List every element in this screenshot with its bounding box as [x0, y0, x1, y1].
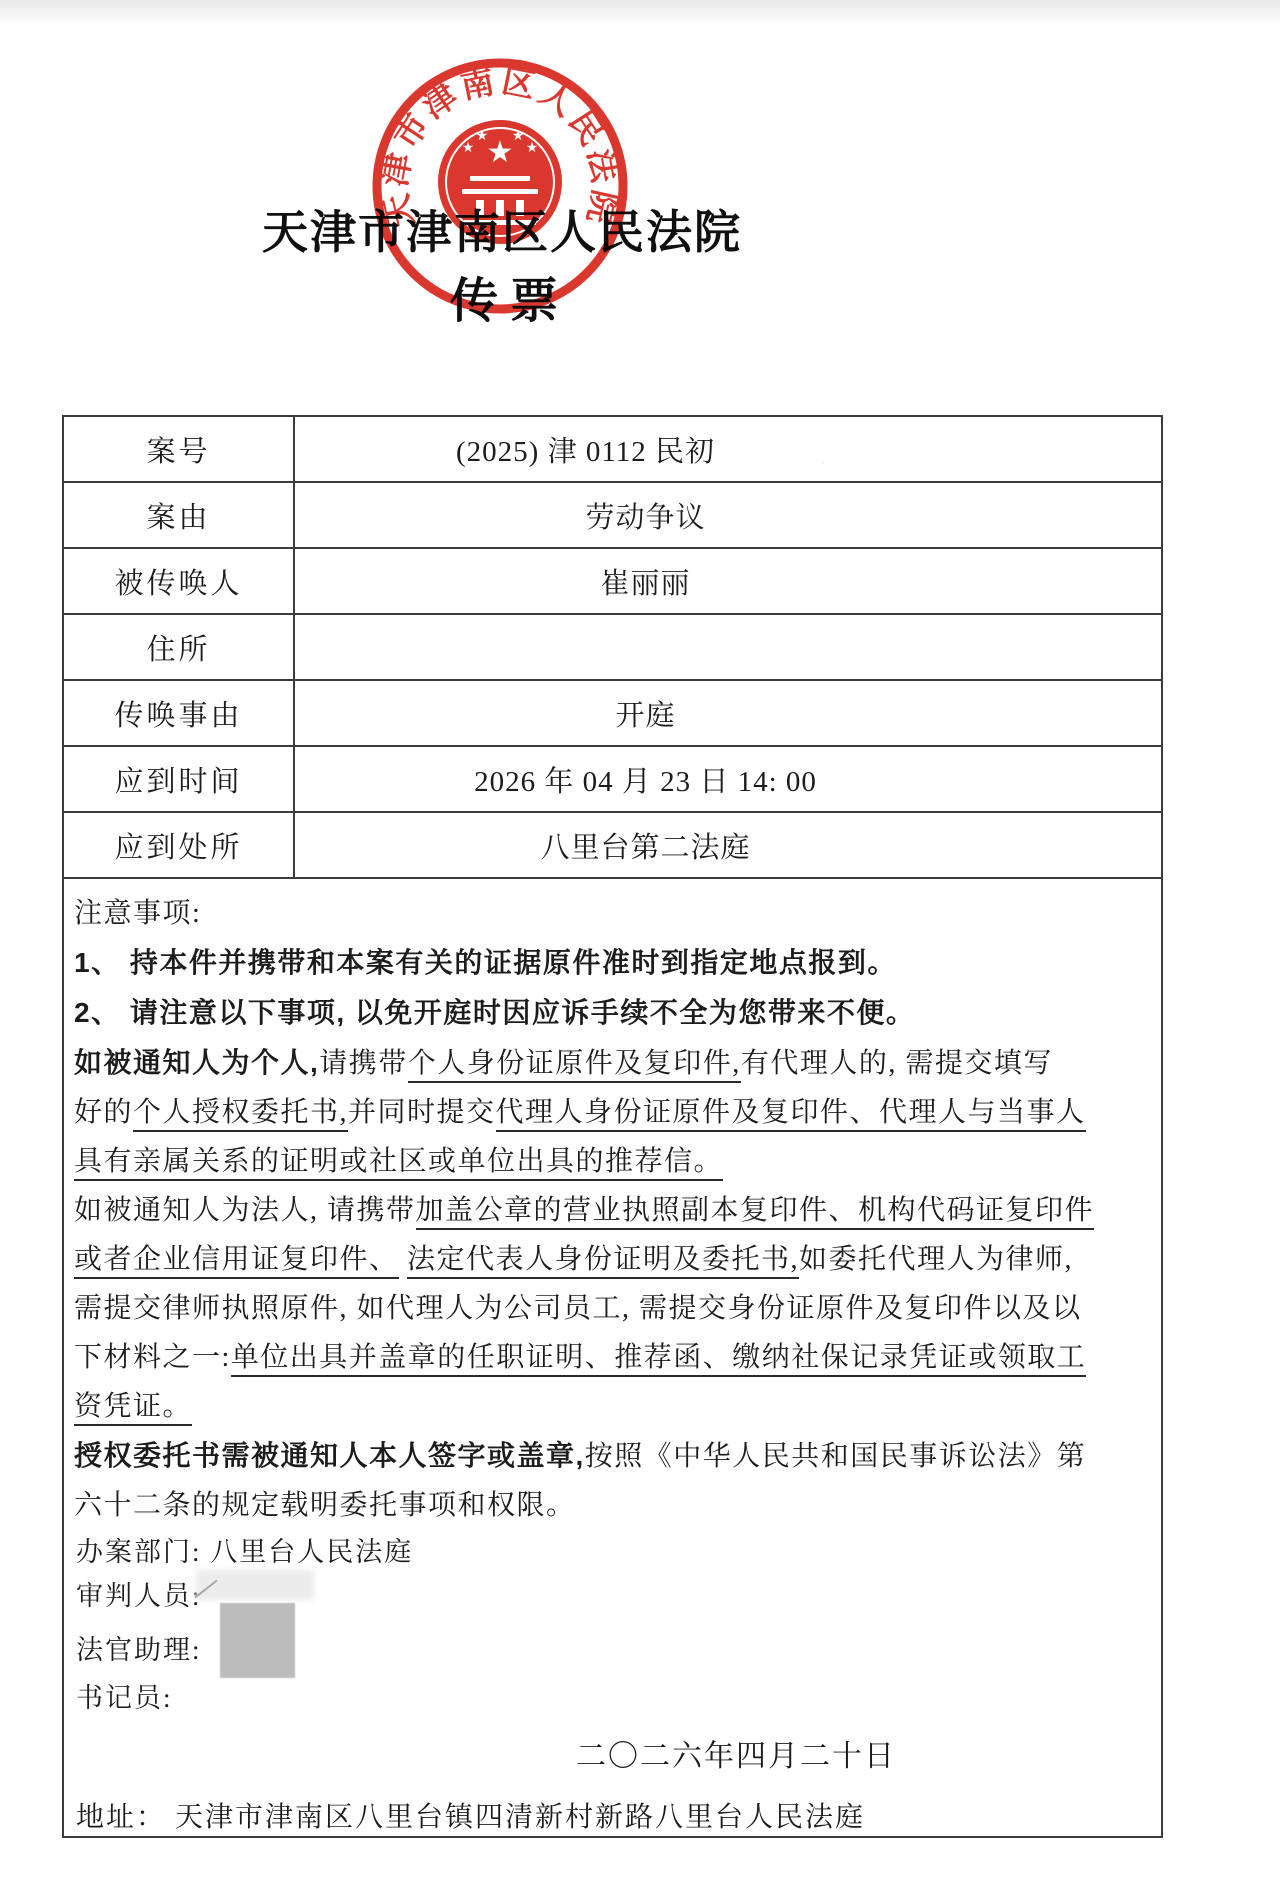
summons-table: 案号(2025) 津 0112 民初 号案由劳动争议被传唤人崔丽丽住所传唤事由开…	[64, 417, 1161, 879]
table-row: 案由劳动争议	[64, 483, 1161, 549]
row-label: 住所	[64, 615, 295, 679]
notes-text-segment	[399, 1244, 408, 1275]
table-row: 传唤事由开庭	[64, 681, 1161, 747]
notes-text-segment: 法定代表人身份证明及委托书,	[407, 1244, 799, 1279]
svg-text:★: ★	[462, 141, 475, 156]
notes-line: 注意事项:	[74, 889, 1151, 938]
clerk-line: 书记员:	[64, 1676, 1161, 1720]
notes-text-segment: 单位出具并盖章的任职证明、推荐函、缴纳社保记录凭证或领取工	[231, 1342, 1087, 1377]
notes-line: 具有亲属关系的证明或社区或单位出具的推荐信。	[74, 1137, 1151, 1186]
notes-line: 资凭证。	[74, 1382, 1151, 1431]
notes-line: 下材料之一:单位出具并盖章的任职证明、推荐函、缴纳社保记录凭证或领取工	[74, 1333, 1151, 1382]
notes-text-segment: 资凭证。	[74, 1391, 192, 1426]
table-row: 应到时间2026 年 04 月 23 日 14: 00	[64, 747, 1161, 813]
row-value	[295, 615, 1161, 679]
notes-text-segment: 个人身份证原件及复印件,	[408, 1048, 741, 1083]
notes-text-segment: 有代理人的, 需提交填写	[741, 1048, 1053, 1079]
notes-text-segment: 按照《中华人民共和国民事诉讼法》第	[585, 1441, 1087, 1472]
row-label: 被传唤人	[64, 549, 295, 613]
notes-line: 授权委托书需被通知人本人签字或盖章,按照《中华人民共和国民事诉讼法》第	[74, 1431, 1151, 1481]
notes-line: 2、 请注意以下事项, 以免开庭时因应诉手续不全为您带来不便。	[74, 988, 1151, 1038]
issue-date: 二〇二六年四月二十日	[64, 1734, 1161, 1780]
notes-text-segment: 加盖公章的营业执照副本复印件、机构代码证复印件	[416, 1195, 1095, 1230]
notes-text-segment: 请携带	[319, 1048, 408, 1079]
notes-text-segment: 下材料之一:	[74, 1342, 231, 1373]
notes-text-segment: 或者企业信用证复印件、	[74, 1244, 399, 1279]
notes-text-segment: 注意事项:	[74, 898, 201, 929]
redaction-case-number	[800, 430, 910, 466]
table-row: 应到处所八里台第二法庭	[64, 813, 1161, 879]
notes-text-segment: 个人授权委托书,	[133, 1097, 348, 1132]
notes-text-segment: 代理人身份证原件及复印件、代理人与当事人	[496, 1097, 1086, 1132]
notes-section: 注意事项:1、 持本件并携带和本案有关的证据原件准时到指定地点报到。2、 请注意…	[64, 879, 1161, 1530]
row-label: 案号	[64, 417, 295, 481]
redaction-box	[220, 1603, 295, 1678]
row-label: 应到时间	[64, 747, 295, 811]
notes-text-segment: 具有亲属关系的证明或社区或单位出具的推荐信。	[74, 1146, 723, 1181]
row-value: 崔丽丽	[295, 549, 1161, 613]
table-row: 案号(2025) 津 0112 民初 号	[64, 417, 1161, 483]
notes-line: 需提交律师执照原件, 如代理人为公司员工, 需提交身份证原件及复印件以及以	[74, 1284, 1151, 1333]
row-label: 传唤事由	[64, 681, 295, 745]
svg-text:★: ★	[487, 136, 514, 169]
notes-line: 六十二条的规定载明委托事项和权限。	[74, 1481, 1151, 1530]
court-seal: 天津市津南区人民法院 ★ ★ ★ ★ ★	[364, 50, 636, 322]
svg-text:★: ★	[526, 141, 539, 156]
table-row: 住所	[64, 615, 1161, 681]
row-value: 2026 年 04 月 23 日 14: 00	[295, 747, 1161, 811]
notes-line: 如被通知人为个人,请携带个人身份证原件及复印件,有代理人的, 需提交填写	[74, 1038, 1151, 1088]
notes-text-segment: 授权委托书需被通知人本人签字或盖章,	[74, 1440, 585, 1471]
redaction-smudge	[196, 1570, 314, 1600]
notes-text-segment: 如被通知人为个人,	[74, 1047, 319, 1078]
case-department-line: 办案部门: 八里台人民法庭	[64, 1530, 1161, 1574]
notes-text-segment: 并同时提交	[348, 1097, 496, 1128]
scan-edge-shadow	[0, 0, 1280, 26]
notes-line: 或者企业信用证复印件、 法定代表人身份证明及委托书,如委托代理人为律师,	[74, 1235, 1151, 1284]
svg-text:★: ★	[512, 129, 525, 144]
row-value: 八里台第二法庭	[295, 813, 1161, 877]
notes-text-segment: 好的	[74, 1097, 133, 1128]
notes-text-segment: 1、 持本件并携带和本案有关的证据原件准时到指定地点报到。	[74, 947, 897, 978]
row-value: 开庭	[295, 681, 1161, 745]
notes-text-segment: 如被通知人为法人, 请携带	[74, 1195, 416, 1226]
row-label: 案由	[64, 483, 295, 547]
svg-text:★: ★	[476, 129, 489, 144]
notes-text-segment: 如委托代理人为律师,	[799, 1244, 1073, 1275]
national-emblem-icon: ★ ★ ★ ★ ★	[438, 120, 562, 244]
notes-text-segment: 六十二条的规定载明委托事项和权限。	[74, 1490, 576, 1521]
table-row: 被传唤人崔丽丽	[64, 549, 1161, 615]
notes-line: 1、 持本件并携带和本案有关的证据原件准时到指定地点报到。	[74, 938, 1151, 988]
row-label: 应到处所	[64, 813, 295, 877]
notes-text-segment: 2、 请注意以下事项, 以免开庭时因应诉手续不全为您带来不便。	[74, 997, 915, 1028]
notes-line: 好的个人授权委托书,并同时提交代理人身份证原件及复印件、代理人与当事人	[74, 1088, 1151, 1137]
notes-line: 如被通知人为法人, 请携带加盖公章的营业执照副本复印件、机构代码证复印件	[74, 1186, 1151, 1235]
row-value: (2025) 津 0112 民初 号	[295, 417, 1161, 481]
notes-text-segment: 需提交律师执照原件, 如代理人为公司员工, 需提交身份证原件及复印件以及以	[74, 1293, 1082, 1324]
row-value: 劳动争议	[295, 483, 1161, 547]
court-address: 地址： 天津市津南区八里台镇四清新村新路八里台人民法庭	[64, 1796, 1161, 1840]
